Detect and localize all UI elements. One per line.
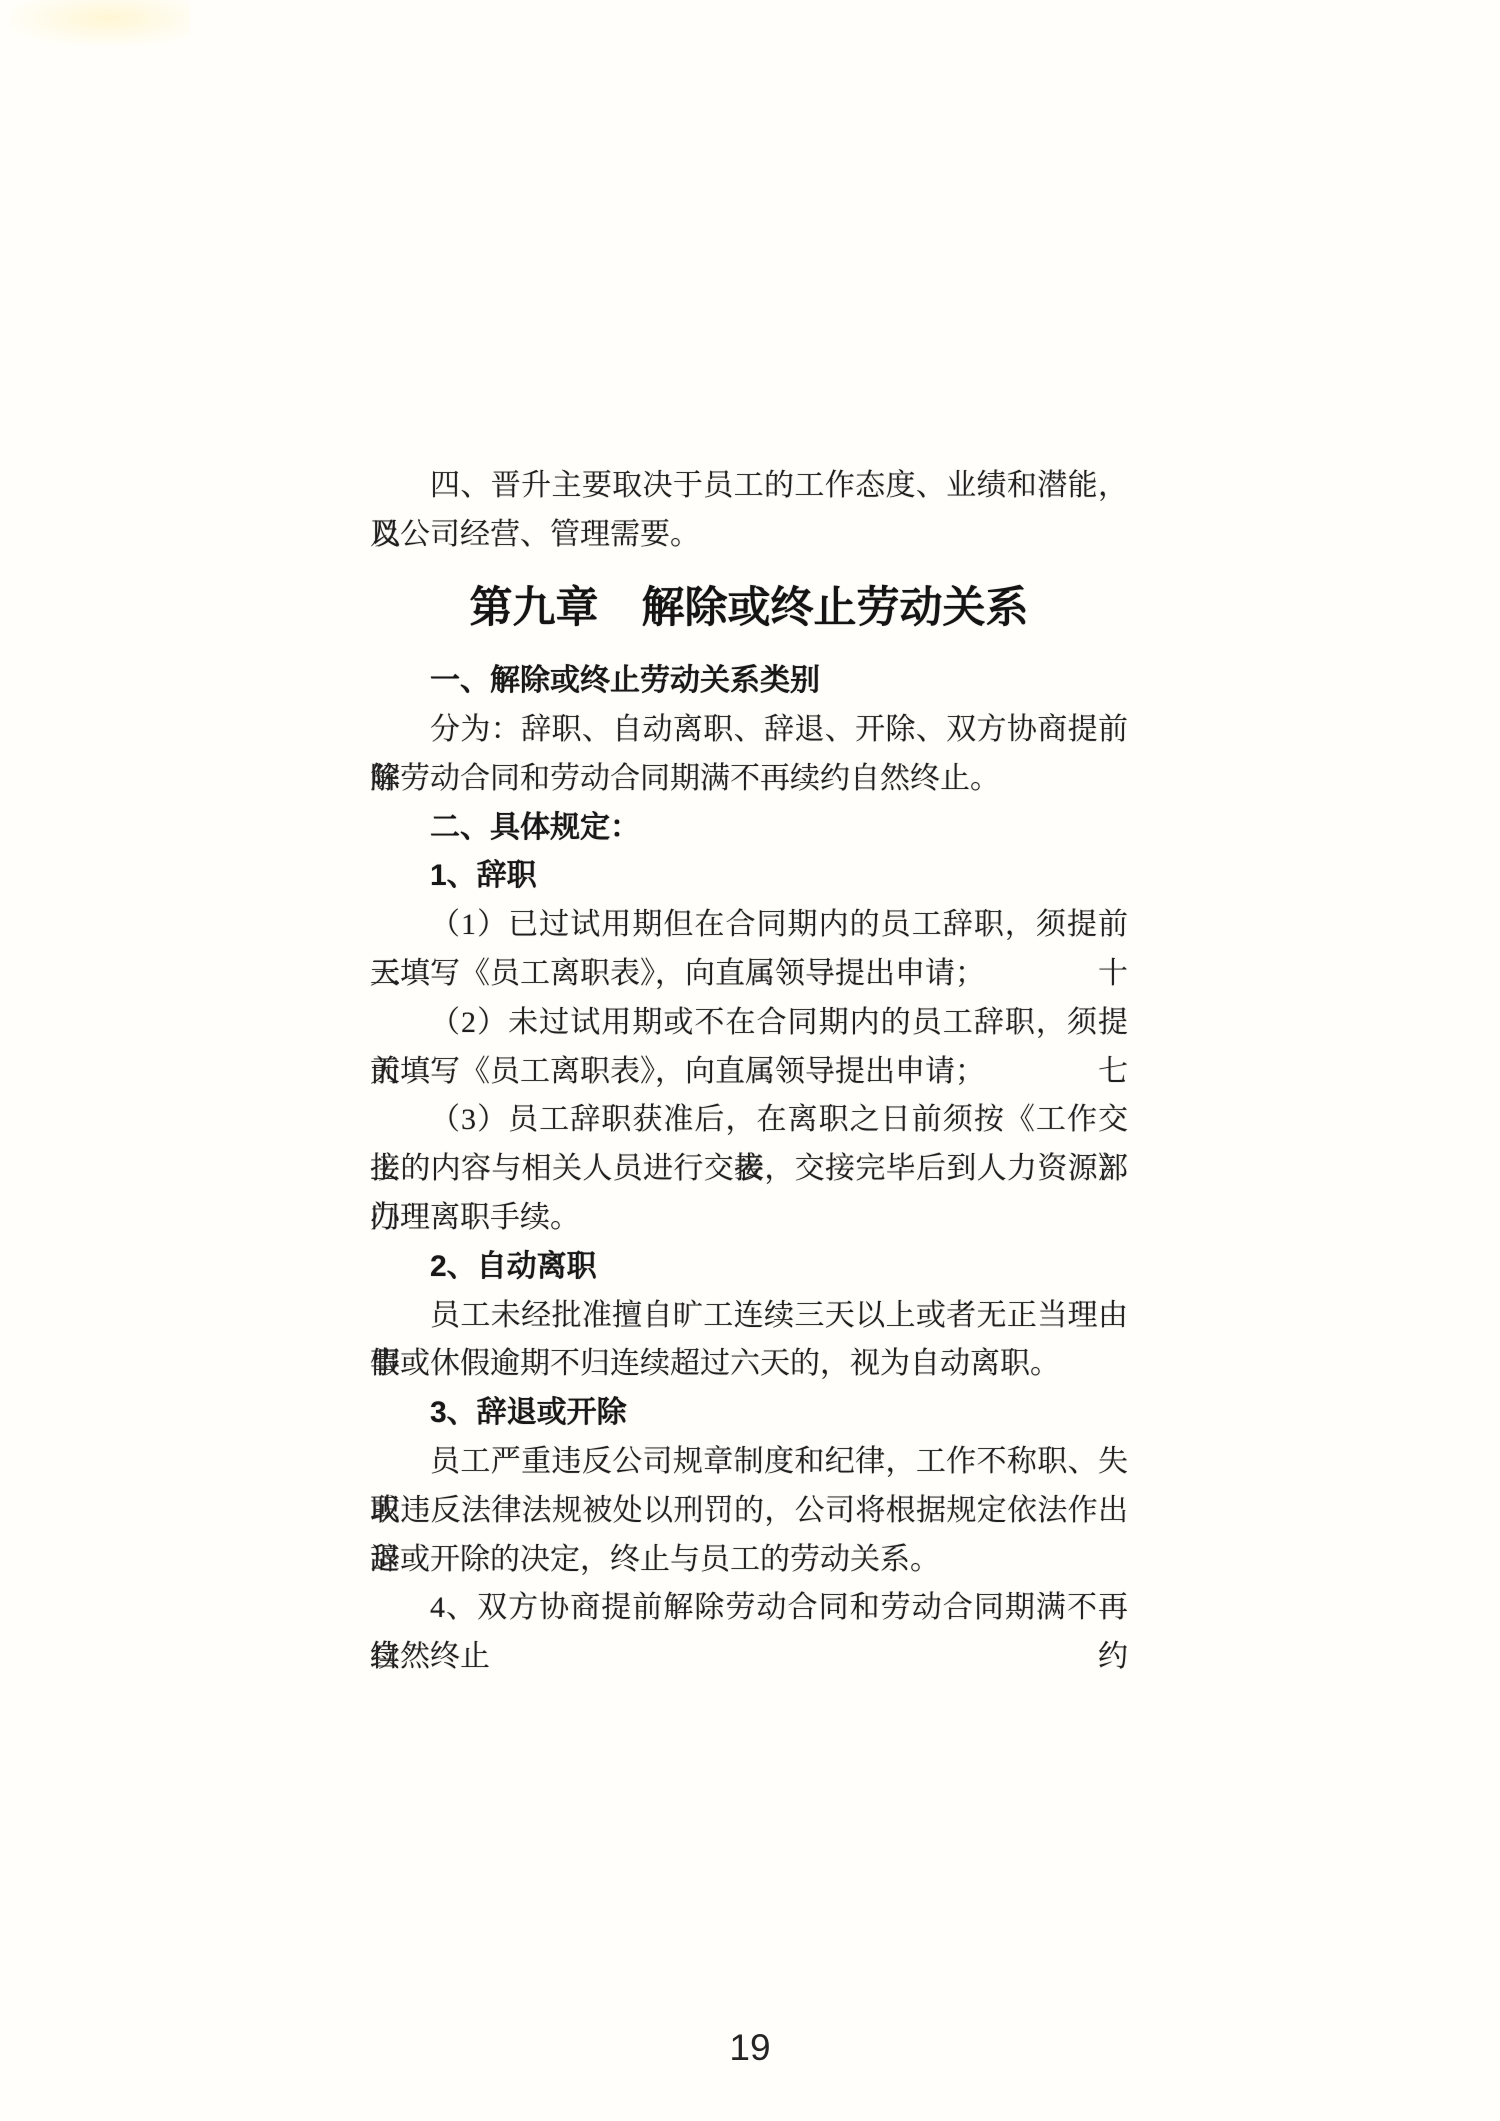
- item-3-line-3: 退或开除的决定，终止与员工的劳动关系。: [370, 1536, 1128, 1585]
- document-body: 四、晋升主要取决于员工的工作态度、业绩和潜能，以 及公司经营、管理需要。 第九章…: [370, 462, 1128, 1682]
- item-4-line-1: 4、双方协商提前解除劳动合同和劳动合同期满不再续约: [370, 1584, 1128, 1633]
- promotion-paragraph-line-1: 四、晋升主要取决于员工的工作态度、业绩和潜能，以: [370, 462, 1128, 511]
- section-1-line-1: 分为：辞职、自动离职、辞退、开除、双方协商提前解: [370, 706, 1128, 755]
- item-2-line-1: 员工未经批准擅自旷工连续三天以上或者无正当理由事: [370, 1292, 1128, 1341]
- item-1-sub-3-line-2: 上的内容与相关人员进行交接，交接完毕后到人力资源部门: [370, 1145, 1128, 1194]
- item-1-heading: 1、辞职: [370, 852, 1128, 901]
- page-number: 19: [0, 2024, 1500, 2072]
- item-1-sub-3-line-3: 办理离职手续。: [370, 1194, 1128, 1243]
- item-3-line-1: 员工严重违反公司规章制度和纪律，工作不称职、失职: [370, 1438, 1128, 1487]
- item-3-heading: 3、辞退或开除: [370, 1389, 1128, 1438]
- item-1-sub-3-line-1: （3）员工辞职获准后，在离职之日前须按《工作交接表》: [370, 1096, 1128, 1145]
- item-1-sub-1-line-1: （1）已过试用期但在合同期内的员工辞职，须提前三十: [370, 901, 1128, 950]
- promotion-paragraph-line-2: 及公司经营、管理需要。: [370, 511, 1128, 560]
- scanned-document-page: 四、晋升主要取决于员工的工作态度、业绩和潜能，以 及公司经营、管理需要。 第九章…: [0, 0, 1500, 2121]
- section-2-heading: 二、具体规定：: [370, 804, 1128, 853]
- item-2-heading: 2、自动离职: [370, 1243, 1128, 1292]
- scan-artifact: [10, 0, 190, 46]
- item-1-sub-2-line-1: （2）未过试用期或不在合同期内的员工辞职，须提前七: [370, 999, 1128, 1048]
- section-1-line-2: 除劳动合同和劳动合同期满不再续约自然终止。: [370, 755, 1128, 804]
- section-1-heading: 一、解除或终止劳动关系类别: [370, 657, 1128, 706]
- chapter-title: 第九章 解除或终止劳动关系: [370, 560, 1128, 658]
- item-3-line-2: 或违反法律法规被处以刑罚的，公司将根据规定依法作出辞: [370, 1487, 1128, 1536]
- item-2-line-2: 假或休假逾期不归连续超过六天的，视为自动离职。: [370, 1340, 1128, 1389]
